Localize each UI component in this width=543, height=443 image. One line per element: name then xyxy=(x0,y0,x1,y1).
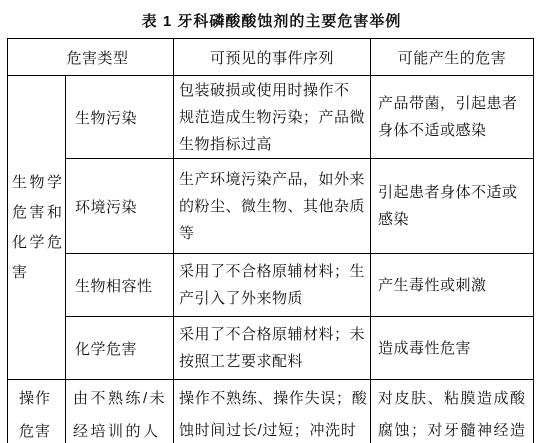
hazard-subtype-cell: 环境污染 xyxy=(66,159,174,254)
hazard-subtype-cell: 生物相容性 xyxy=(66,254,174,317)
hazard-subtype-cell: 化学危害 xyxy=(66,317,174,380)
document-page: 表 1 牙科磷酸酸蚀剂的主要危害举例 危害类型 可预见的事件序列 可能产生的危害… xyxy=(0,0,543,443)
hazard-subtype-cell: 由不熟练/未 经培训的人 xyxy=(66,380,174,443)
event-sequence-cell: 包装破损或使用时操作不 规范造成生物污染；产品微 生物指标过高 xyxy=(174,76,371,159)
table-row-chemical-hazard: 化学危害 采用了不合格原辅材料；未 按照工艺要求配料 造成毒性危害 xyxy=(8,317,534,380)
hazard-table: 危害类型 可预见的事件序列 可能产生的危害 生物学 危害和 化学危 害 生物污染… xyxy=(7,38,534,443)
possible-harm-cell: 造成毒性危害 xyxy=(371,317,534,380)
category-operation-cell: 操作 危害 xyxy=(8,380,66,443)
category-bio-chem-cell: 生物学 危害和 化学危 害 xyxy=(8,76,66,380)
header-event-sequence: 可预见的事件序列 xyxy=(174,39,371,76)
possible-harm-cell: 产生毒性或刺激 xyxy=(371,254,534,317)
header-hazard-type: 危害类型 xyxy=(8,39,174,76)
event-sequence-cell: 采用了不合格原辅材料；未 按照工艺要求配料 xyxy=(174,317,371,380)
event-sequence-cell: 生产环境污染产品，如外来 的粉尘、微生物、其他杂质 等 xyxy=(174,159,371,254)
hazard-subtype-cell: 生物污染 xyxy=(66,76,174,159)
table-row-env-contamination: 环境污染 生产环境污染产品，如外来 的粉尘、微生物、其他杂质 等 引起患者身体不… xyxy=(8,159,534,254)
event-sequence-cell: 操作不熟练、操作失误；酸 蚀时间过长/过短；冲洗时 xyxy=(174,380,371,443)
header-possible-harm: 可能产生的危害 xyxy=(371,39,534,76)
event-sequence-cell: 采用了不合格原辅材料；生 产引入了外来物质 xyxy=(174,254,371,317)
possible-harm-cell: 产品带菌，引起患者 身体不适或感染 xyxy=(371,76,534,159)
table-row-operation-hazard: 操作 危害 由不熟练/未 经培训的人 操作不熟练、操作失误；酸 蚀时间过长/过短… xyxy=(8,380,534,443)
table-row-biocompatibility: 生物相容性 采用了不合格原辅材料；生 产引入了外来物质 产生毒性或刺激 xyxy=(8,254,534,317)
table-row-bio-contamination: 生物学 危害和 化学危 害 生物污染 包装破损或使用时操作不 规范造成生物污染；… xyxy=(8,76,534,159)
possible-harm-cell: 对皮肤、粘膜造成酸 腐蚀；对牙髓神经造 xyxy=(371,380,534,443)
possible-harm-cell: 引起患者身体不适或 感染 xyxy=(371,159,534,254)
table-caption: 表 1 牙科磷酸酸蚀剂的主要危害举例 xyxy=(0,0,543,38)
header-row: 危害类型 可预见的事件序列 可能产生的危害 xyxy=(8,39,534,76)
